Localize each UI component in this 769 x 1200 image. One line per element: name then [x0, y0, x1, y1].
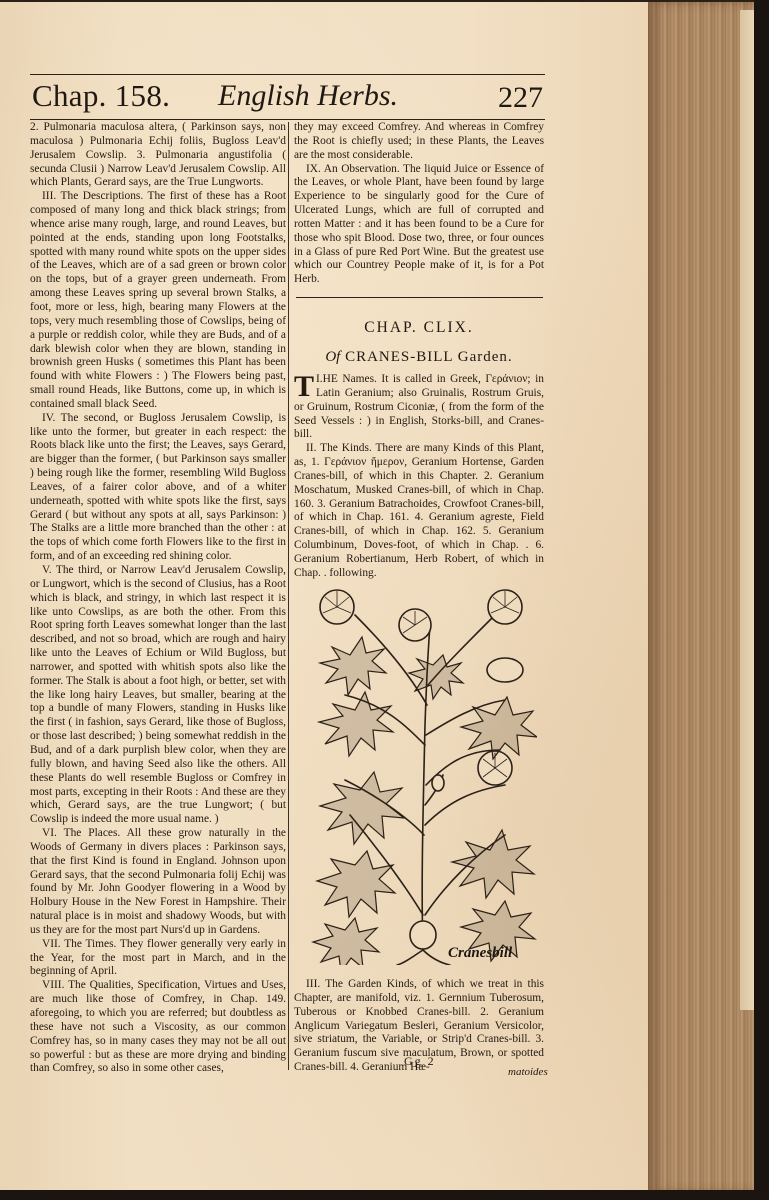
- catchword: matoides: [508, 1066, 548, 1078]
- drop-cap: T: [294, 375, 314, 399]
- chapter-title-of: Of: [325, 349, 340, 365]
- paragraph-places: VI. The Places. All these grow naturally…: [30, 827, 286, 938]
- section-numeral: I.: [316, 373, 323, 385]
- paragraph-descriptions: III. The Descriptions. The first of thes…: [30, 190, 286, 412]
- paragraph-qualities-cont: they may exceed Comfrey. And whereas in …: [294, 121, 544, 163]
- paragraph-kinds-cont: 2. Pulmonaria maculosa altera, ( Parkins…: [30, 121, 286, 190]
- cranesbill-plant-icon: [305, 585, 537, 965]
- running-header: Chap. 158. English Herbs. 227: [30, 74, 545, 120]
- figure-caption: Cranesbill: [448, 945, 512, 962]
- book-cover-edge: [754, 0, 769, 1200]
- right-column-top: they may exceed Comfrey. And whereas in …: [294, 121, 544, 287]
- chapter-title: Of CRANES-BILL Garden.: [294, 347, 544, 367]
- paragraph-third-kind: V. The third, or Narrow Leav'd Jerusalem…: [30, 564, 286, 827]
- paragraph-names: I.THE Names. It is called in Greek, Γερά…: [294, 373, 544, 442]
- paragraph-kinds: II. The Kinds. There are many Kinds of t…: [294, 442, 544, 580]
- chapter-heading: CHAP. CLIX. Of CRANES-BILL Garden.: [294, 318, 544, 367]
- paragraph-qualities: VIII. The Qualities, Specification, Virt…: [30, 979, 286, 1076]
- paragraph-observation: IX. An Observation. The liquid Juice or …: [294, 163, 544, 288]
- running-title: English Herbs.: [218, 75, 398, 117]
- signature-mark: Gg 2: [404, 1054, 436, 1069]
- page-number: 227: [498, 77, 543, 119]
- chapter-title-name: CRANES-BILL: [345, 349, 453, 365]
- woodcut-illustration: [305, 585, 537, 965]
- paragraph-second-kind: IV. The second, or Bugloss Jerusalem Cow…: [30, 412, 286, 564]
- paragraph-names-text: HE Names. It is called in Greek, Γεράνιο…: [294, 373, 544, 440]
- right-column-middle: I.THE Names. It is called in Greek, Γερά…: [294, 373, 544, 581]
- chapter-number: CHAP. CLIX.: [294, 318, 544, 338]
- background-bottom: [0, 1190, 769, 1200]
- left-column: 2. Pulmonaria maculosa altera, ( Parkins…: [30, 121, 286, 1076]
- paragraph-times: VII. The Times. They flower generally ve…: [30, 938, 286, 980]
- section-divider: [296, 297, 543, 298]
- column-rule: [288, 122, 289, 1070]
- chapter-label: Chap. 158.: [32, 75, 170, 117]
- chapter-title-suffix: Garden.: [458, 349, 513, 365]
- page-edges: [648, 2, 754, 1192]
